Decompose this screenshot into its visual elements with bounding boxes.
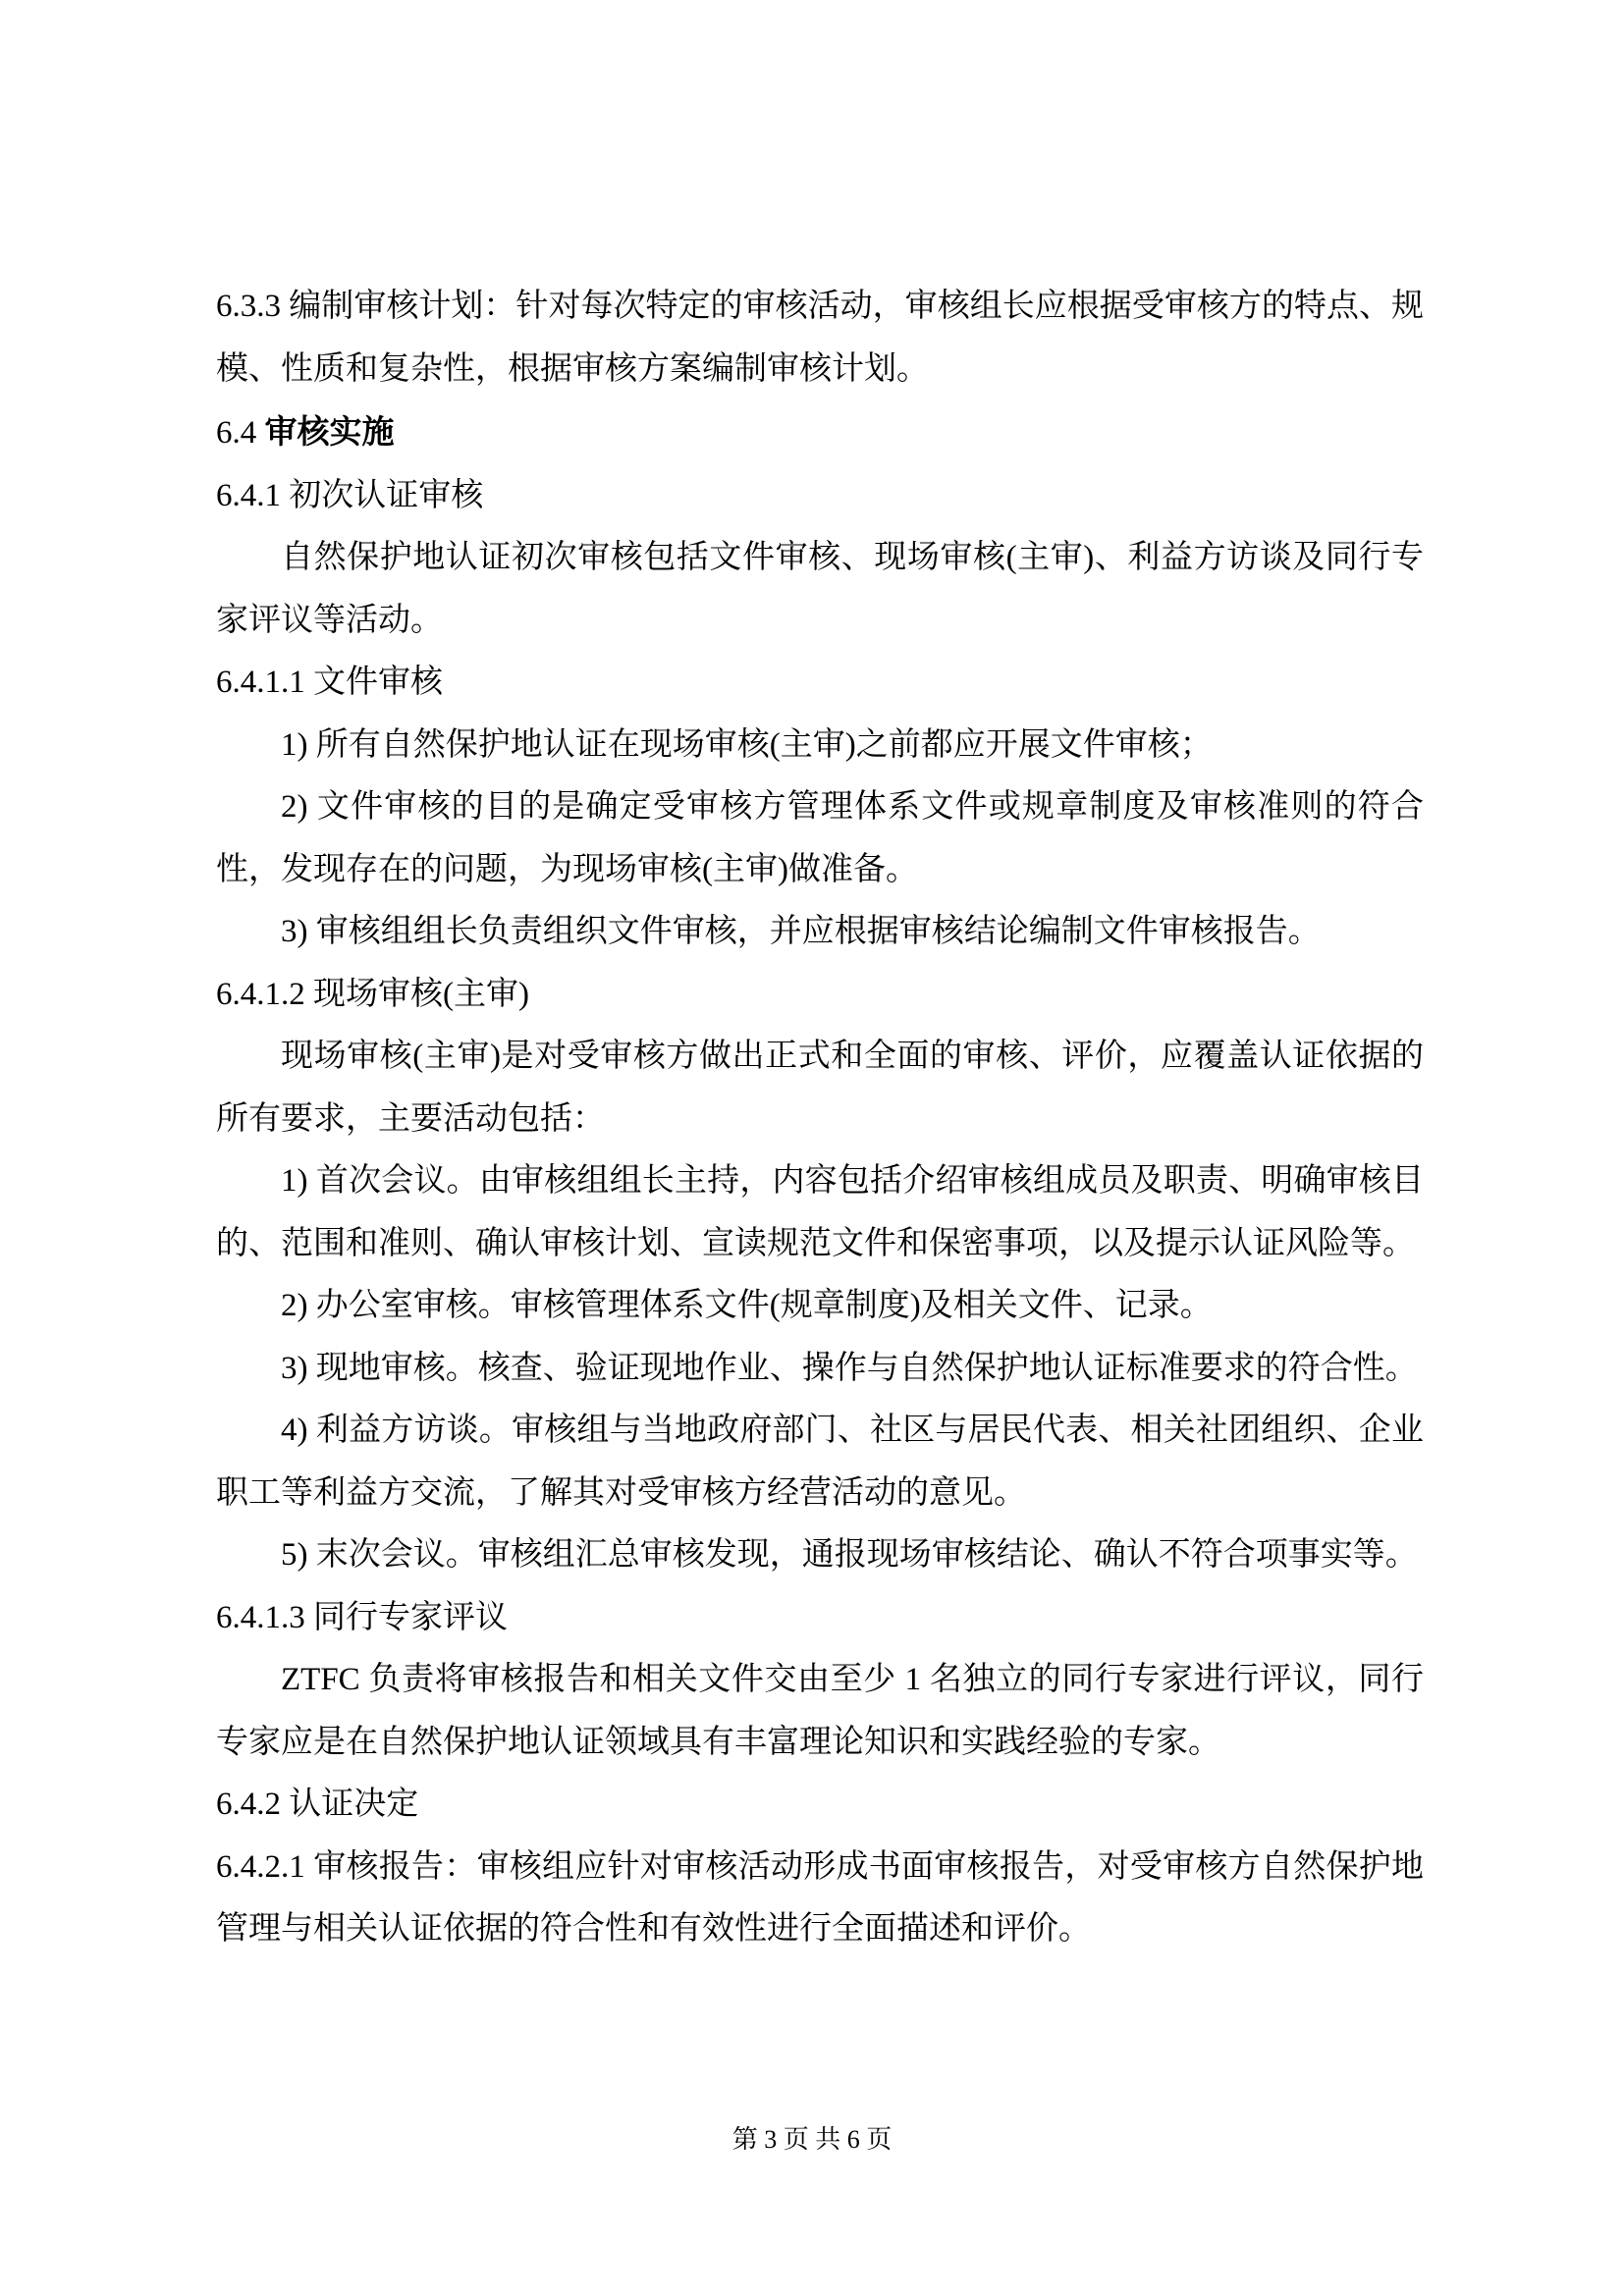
list-item-onsite-4: 4) 利益方访谈。审核组与当地政府部门、社区与居民代表、相关社团组织、企业职工等… [216, 1400, 1424, 1524]
list-item-onsite-5: 5) 末次会议。审核组汇总审核发现，通报现场审核结论、确认不符合项事实等。 [216, 1524, 1424, 1587]
list-item-onsite-2: 2) 办公室审核。审核管理体系文件(规章制度)及相关文件、记录。 [216, 1275, 1424, 1338]
paragraph-initial-audit: 自然保护地认证初次审核包括文件审核、现场审核(主审)、利益方访谈及同行专家评议等… [216, 527, 1424, 652]
heading-title: 审核实施 [265, 413, 395, 450]
heading-number: 6.4 [216, 415, 265, 451]
heading-6-4: 6.4 审核实施 [216, 400, 1424, 465]
heading-6-4-2: 6.4.2 认证决定 [216, 1774, 1424, 1837]
document-page: 6.3.3 编制审核计划：针对每次特定的审核活动，审核组长应根据受审核方的特点、… [0, 0, 1624, 2296]
list-item-doc-review-2: 2) 文件审核的目的是确定受审核方管理体系文件或规章制度及审核准则的符合性，发现… [216, 776, 1424, 901]
paragraph-audit-report: 6.4.2.1 审核报告：审核组应针对审核活动形成书面审核报告，对受审核方自然保… [216, 1837, 1424, 1961]
page-number: 第 3 页 共 6 页 [732, 2125, 893, 2154]
heading-6-4-1-3: 6.4.1.3 同行专家评议 [216, 1587, 1424, 1650]
paragraph-6-3-3: 6.3.3 编制审核计划：针对每次特定的审核活动，审核组长应根据受审核方的特点、… [216, 276, 1424, 400]
page-footer: 第 3 页 共 6 页 [0, 2120, 1624, 2160]
heading-6-4-1: 6.4.1 初次认证审核 [216, 465, 1424, 528]
heading-6-4-1-1: 6.4.1.1 文件审核 [216, 652, 1424, 715]
paragraph-onsite-audit: 现场审核(主审)是对受审核方做出正式和全面的审核、评价，应覆盖认证依据的所有要求… [216, 1026, 1424, 1150]
list-item-onsite-3: 3) 现地审核。核查、验证现地作业、操作与自然保护地认证标准要求的符合性。 [216, 1338, 1424, 1401]
document-body: 6.3.3 编制审核计划：针对每次特定的审核活动，审核组长应根据受审核方的特点、… [216, 276, 1424, 1961]
heading-6-4-1-2: 6.4.1.2 现场审核(主审) [216, 964, 1424, 1027]
list-item-doc-review-3: 3) 审核组组长负责组织文件审核，并应根据审核结论编制文件审核报告。 [216, 901, 1424, 964]
list-item-doc-review-1: 1) 所有自然保护地认证在现场审核(主审)之前都应开展文件审核； [216, 715, 1424, 777]
paragraph-peer-review: ZTFC 负责将审核报告和相关文件交由至少 1 名独立的同行专家进行评议，同行专… [216, 1649, 1424, 1774]
list-item-onsite-1: 1) 首次会议。由审核组组长主持，内容包括介绍审核组成员及职责、明确审核目的、范… [216, 1150, 1424, 1275]
